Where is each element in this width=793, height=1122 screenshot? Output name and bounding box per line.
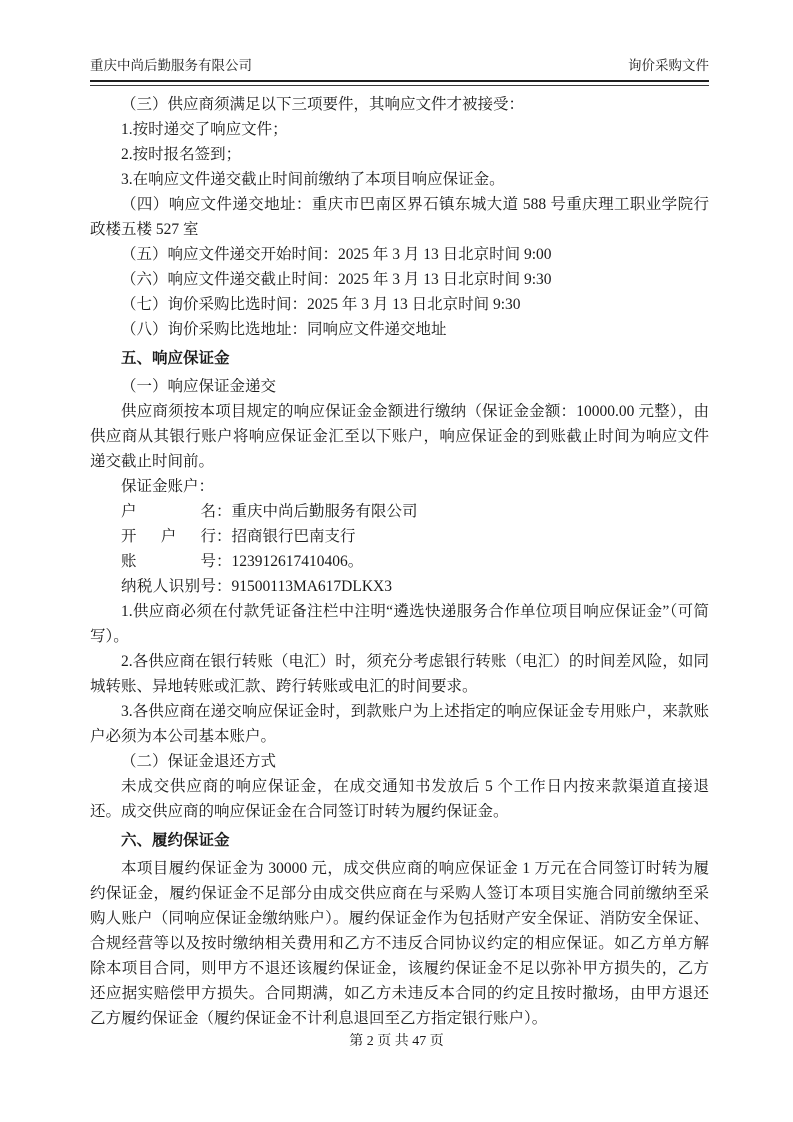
page-footer: 第 2 页 共 47 页 xyxy=(0,1030,793,1050)
header-doc-type: 询价采购文件 xyxy=(628,54,709,74)
paragraph-deposit-account: 保证金账户： xyxy=(90,474,709,499)
section-heading-6: 六、履约保证金 xyxy=(90,828,709,853)
page-number: 第 2 页 共 47 页 xyxy=(349,1034,444,1049)
paragraph-note-3: 3.各供应商在递交响应保证金时，到款账户为上述指定的响应保证金专用账户，来款账户… xyxy=(90,699,709,749)
paragraph-item-5-start-time: （五）响应文件递交开始时间：2025 年 3 月 13 日北京时间 9:00 xyxy=(90,242,709,267)
paragraph-sub-1: （一）响应保证金递交 xyxy=(90,374,709,399)
document-body: （三）供应商须满足以下三项要件，其响应文件才被接受： 1.按时递交了响应文件； … xyxy=(90,92,709,1031)
account-row-number: 账号：123912617410406。 xyxy=(121,549,709,574)
colon: ： xyxy=(216,574,232,599)
paragraph-requirement-3: 3.在响应文件递交截止时间前缴纳了本项目响应保证金。 xyxy=(90,167,709,192)
account-name-label: 户名 xyxy=(121,499,216,524)
document-page: 重庆中尚后勤服务有限公司 询价采购文件 （三）供应商须满足以下三项要件，其响应文… xyxy=(0,0,793,1122)
account-number-value: 123912617410406。 xyxy=(232,549,364,574)
colon: ： xyxy=(216,549,232,574)
paragraph-performance-bond: 本项目履约保证金为 30000 元，成交供应商的响应保证金 1 万元在合同签订时… xyxy=(90,856,709,1031)
colon: ： xyxy=(216,499,232,524)
account-taxid-label: 纳税人识别号 xyxy=(121,574,216,599)
paragraph-requirement-1: 1.按时递交了响应文件； xyxy=(90,117,709,142)
account-name-value: 重庆中尚后勤服务有限公司 xyxy=(232,499,418,524)
paragraph-sub-2: （二）保证金退还方式 xyxy=(90,749,709,774)
section-heading-5: 五、响应保证金 xyxy=(90,346,709,371)
paragraph-requirement-2: 2.按时报名签到； xyxy=(90,142,709,167)
account-bank-value: 招商银行巴南支行 xyxy=(232,524,356,549)
paragraph-note-1: 1.供应商必须在付款凭证备注栏中注明“遴选快递服务合作单位项目响应保证金”（可简… xyxy=(90,599,709,649)
paragraph-item-7-time: （七）询价采购比选时间：2025 年 3 月 13 日北京时间 9:30 xyxy=(90,292,709,317)
paragraph-item-6-deadline: （六）响应文件递交截止时间：2025 年 3 月 13 日北京时间 9:30 xyxy=(90,267,709,292)
paragraph-deposit-amount: 供应商须按本项目规定的响应保证金金额进行缴纳（保证金金额：10000.00 元整… xyxy=(90,399,709,474)
paragraph-item-3: （三）供应商须满足以下三项要件，其响应文件才被接受： xyxy=(90,92,709,117)
account-row-name: 户名：重庆中尚后勤服务有限公司 xyxy=(121,499,709,524)
page-header: 重庆中尚后勤服务有限公司 询价采购文件 xyxy=(90,54,709,82)
account-row-taxid: 纳税人识别号：91500113MA617DLKX3 xyxy=(121,574,709,599)
paragraph-item-4-address: （四）响应文件递交地址：重庆市巴南区界石镇东城大道 588 号重庆理工职业学院行… xyxy=(90,192,709,242)
account-bank-label: 开户行 xyxy=(121,524,216,549)
account-taxid-value: 91500113MA617DLKX3 xyxy=(232,574,392,599)
header-company-name: 重庆中尚后勤服务有限公司 xyxy=(90,54,252,74)
colon: ： xyxy=(216,524,232,549)
paragraph-refund: 未成交供应商的响应保证金，在成交通知书发放后 5 个工作日内按来款渠道直接退还。… xyxy=(90,774,709,824)
account-info-block: 户名：重庆中尚后勤服务有限公司 开户行：招商银行巴南支行 账号：12391261… xyxy=(90,499,709,599)
account-row-bank: 开户行：招商银行巴南支行 xyxy=(121,524,709,549)
paragraph-note-2: 2.各供应商在银行转账（电汇）时，须充分考虑银行转账（电汇）的时间差风险，如同城… xyxy=(90,649,709,699)
account-number-label: 账号 xyxy=(121,549,216,574)
paragraph-item-8-place: （八）询价采购比选地址：同响应文件递交地址 xyxy=(90,317,709,342)
